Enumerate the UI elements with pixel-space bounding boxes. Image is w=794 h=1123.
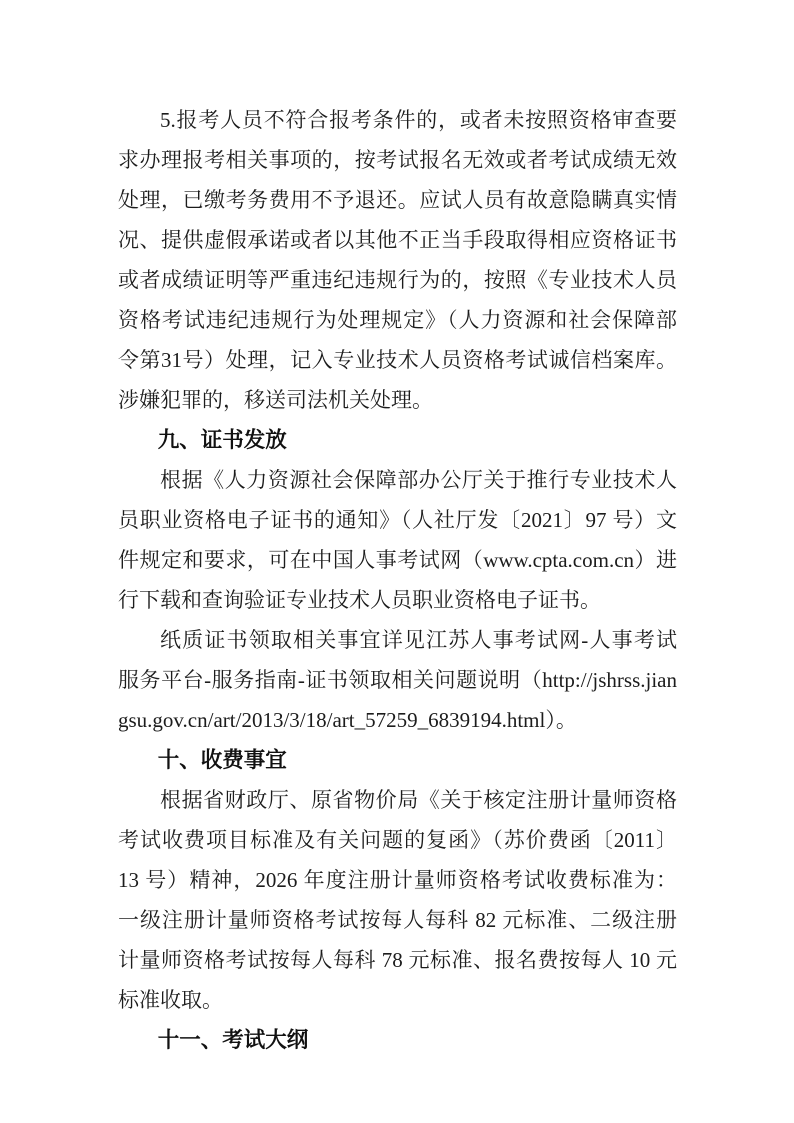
text-line: 或者成绩证明等严重违纪违规行为的，按照《专业技术人员 — [118, 260, 677, 300]
text-line: 处理，已缴考务费用不予退还。应试人员有故意隐瞒真实情 — [118, 180, 677, 220]
paragraph-fee-standards: 根据省财政厅、原省物价局《关于核定注册计量师资格 考试收费项目标准及有关问题的复… — [118, 780, 677, 1020]
text-line: 根据《人力资源社会保障部办公厅关于推行专业技术人 — [118, 460, 677, 500]
text-line: 资格考试违纪违规行为处理规定》（人力资源和社会保障部 — [118, 300, 677, 340]
section-heading-certificate-issuance: 九、证书发放 — [118, 420, 677, 460]
document-content: 5.报考人员不符合报考条件的，或者未按照资格审查要 求办理报考相关事项的，按考试… — [0, 0, 794, 1060]
text-line: 件规定和要求，可在中国人事考试网（www.cpta.com.cn）进 — [118, 540, 677, 580]
text-line: 一级注册计量师资格考试按每人每科 82 元标准、二级注册 — [118, 900, 677, 940]
paragraph-electronic-certificate: 根据《人力资源社会保障部办公厅关于推行专业技术人 员职业资格电子证书的通知》（人… — [118, 460, 677, 620]
text-line: 纸质证书领取相关事宜详见江苏人事考试网-人事考试 — [118, 620, 677, 660]
text-line: 令第31号）处理，记入专业技术人员资格考试诚信档案库。 — [118, 340, 677, 380]
section-heading-fees: 十、收费事宜 — [118, 740, 677, 780]
text-line: 13 号）精神，2026 年度注册计量师资格考试收费标准为： — [118, 860, 677, 900]
text-line: 计量师资格考试按每人每科 78 元标准、报名费按每人 10 元 — [118, 940, 677, 980]
text-line: 求办理报考相关事项的，按考试报名无效或者考试成绩无效 — [118, 140, 677, 180]
text-line: 员职业资格电子证书的通知》（人社厅发〔2021〕97 号）文 — [118, 500, 677, 540]
text-line: 标准收取。 — [118, 980, 677, 1020]
text-line: 根据省财政厅、原省物价局《关于核定注册计量师资格 — [118, 780, 677, 820]
text-line: 涉嫌犯罪的，移送司法机关处理。 — [118, 380, 677, 420]
section-heading-exam-outline: 十一、考试大纲 — [118, 1020, 677, 1060]
paragraph-violation-handling: 5.报考人员不符合报考条件的，或者未按照资格审查要 求办理报考相关事项的，按考试… — [118, 100, 677, 420]
text-line: 5.报考人员不符合报考条件的，或者未按照资格审查要 — [118, 100, 677, 140]
text-line: gsu.gov.cn/art/2013/3/18/art_57259_68391… — [118, 700, 677, 740]
text-line: 行下载和查询验证专业技术人员职业资格电子证书。 — [118, 580, 677, 620]
paragraph-paper-certificate: 纸质证书领取相关事宜详见江苏人事考试网-人事考试 服务平台-服务指南-证书领取相… — [118, 620, 677, 740]
document-page: 5.报考人员不符合报考条件的，或者未按照资格审查要 求办理报考相关事项的，按考试… — [0, 0, 794, 1123]
text-line: 考试收费项目标准及有关问题的复函》（苏价费函〔2011〕 — [118, 820, 677, 860]
text-line: 况、提供虚假承诺或者以其他不正当手段取得相应资格证书 — [118, 220, 677, 260]
text-line: 服务平台-服务指南-证书领取相关问题说明（http://jshrss.jian — [118, 660, 677, 700]
